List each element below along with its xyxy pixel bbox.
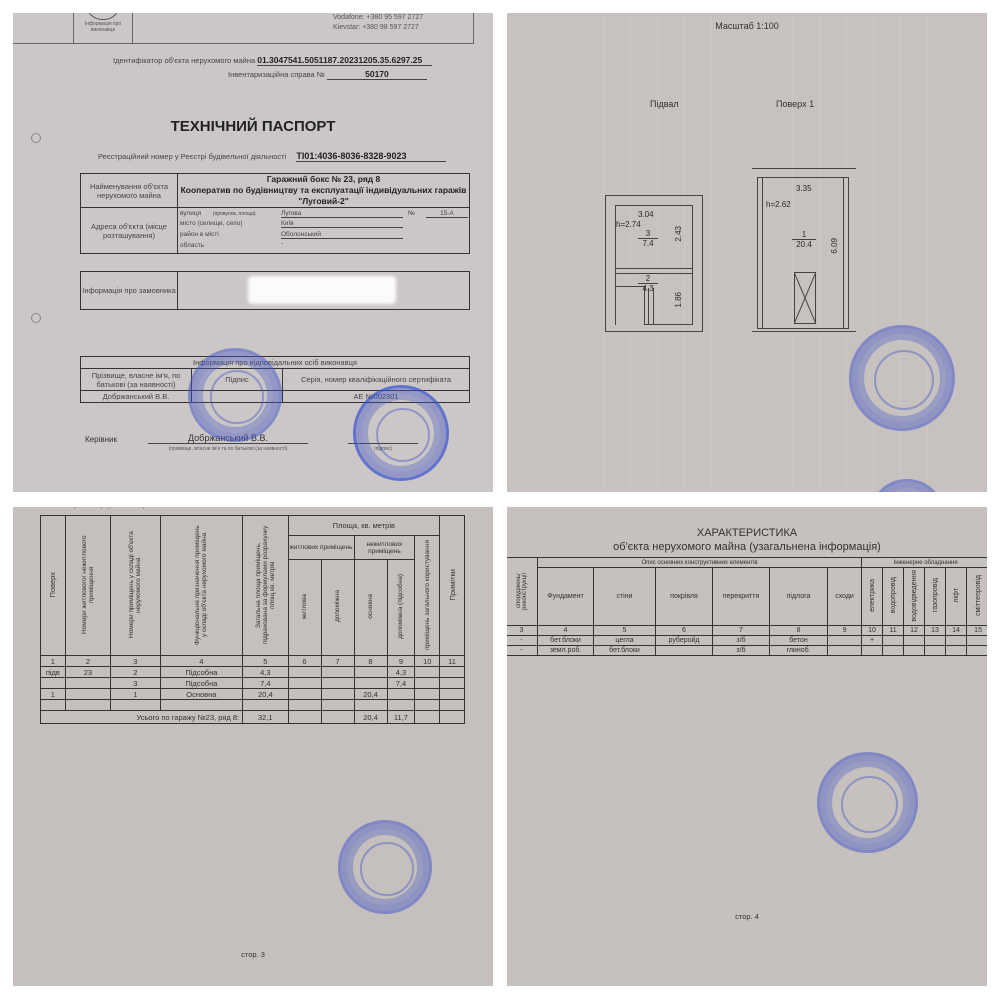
room3-label: 3 7.4 [638,229,658,248]
table-cell [967,636,987,646]
table-cell [904,646,925,656]
basement-width: 3.04 [638,210,654,219]
table-cell [41,678,66,689]
total-row: Усього по гаражу №23, ряд 8: 32,1 20,4 1… [41,711,465,724]
table-cell [440,700,465,711]
floor1-top-line [752,168,856,169]
basement-stairs [648,288,654,324]
phones: Vodafone: +380 95 597 2727 Kievstar: +38… [333,13,423,33]
table-cell [440,689,465,700]
table-cell: 7,4 [387,678,415,689]
floor1-width: 3.35 [796,184,812,193]
stamp-icon [353,385,449,481]
table-cell [387,689,415,700]
header-nonres-aux: допоміжна (підсобна) [387,560,415,656]
object-name-line1: Гаражний бокс № 23, ряд 8 [178,174,469,185]
object-info-table: Найменування об'єкта нерухомого майна Га… [80,173,470,254]
logo-icon [86,13,120,20]
basement-plan: 3.04 h=2.74 3 7.4 2.43 2 4.3 1.86 [605,195,703,332]
col-number: 9 [828,626,862,636]
table-row: підв232Підсобна4,34,3 [41,667,465,678]
table-cell [862,646,883,656]
col-number: 4 [160,656,243,667]
table-cell: 4,3 [387,667,415,678]
header-floor: підлога [770,568,828,626]
object-name-value: Гаражний бокс № 23, ряд 8 Кооператив по … [178,174,470,208]
table-cell [321,689,354,700]
header-structural-group: Опис основних конструктивних елементів [538,558,862,568]
region-label: область [180,242,204,249]
table-cell [354,667,387,678]
room3-area: 7.4 [638,239,658,248]
total-value [440,711,465,724]
column-numbers-row: 1 2 3 4 5 6 7 8 9 10 11 [41,656,465,667]
table-cell [415,678,440,689]
phone-operator: Vodafone: [333,14,365,21]
table-cell [415,667,440,678]
col-number: 8 [354,656,387,667]
table-row: -бет.блокицегларуберойдз/ббетон+ [507,636,987,646]
room3-length: 2.43 [674,226,683,242]
col-number: 11 [883,626,904,636]
header-water: водопровід [883,568,904,626]
table-cell [440,678,465,689]
table-cell [321,700,354,711]
table-cell [288,700,321,711]
floor1-label: Поверх 1 [776,99,814,109]
header-garbage-text: сміттепровід [975,575,982,616]
header-first-col-text: споруджень/реконструкції [516,561,528,621]
table-cell: руберойд [656,636,713,646]
header-res-aux: допоміжна [321,560,354,656]
col-number: 3 [507,626,538,636]
punch-hole-icon [31,313,41,323]
col-number: 8 [770,626,828,636]
header-water-text: водопровід [890,577,897,613]
col-number: 6 [288,656,321,667]
room2-length: 1.86 [674,292,683,308]
col-number: 3 [111,656,161,667]
address-label: Адреса об'єкта (місце розташування) [81,208,178,254]
page-floor-plan: Масштаб 1:100 Підвал Поверх 1 3.04 h=2.7… [507,13,987,492]
total-value [288,711,321,724]
col-number: 1 [41,656,66,667]
table-row: 11Основна20,420,4 [41,689,465,700]
header-purpose-text: Функціональне призначення приміщень у ск… [194,525,208,645]
table-row: 3Підсобна7,47,4 [41,678,465,689]
table-cell: з/б [713,646,770,656]
table-cell: бетон [770,636,828,646]
header-nonres-aux-text: допоміжна (підсобна) [397,574,404,639]
room1-length: 6.09 [830,238,839,254]
logo-caption: Інформація про виконавця [74,21,132,33]
total-value [415,711,440,724]
inventory-label: Інвентаризаційна справа № [228,70,325,79]
col-number: 7 [713,626,770,636]
col-number: 13 [925,626,946,636]
header-ceilings: перекриття [713,568,770,626]
table-cell [354,678,387,689]
table-cell [321,678,354,689]
district-value: Оболонський [281,231,403,239]
col-number: 2 [65,656,110,667]
header-common-text: приміщень загального користування [424,540,431,650]
phone-operator: Kievstar: [333,24,360,31]
table-cell [828,636,862,646]
table-cell: 2 [111,667,161,678]
executor-certificate-header: Серія, номер кваліфікаційного сертифікат… [283,369,470,391]
table-cell [160,700,243,711]
table-cell [656,646,713,656]
phone-number: +380 95 597 2727 [366,14,423,21]
header-gas: газопровід [925,568,946,626]
table-cell [925,636,946,646]
col-number: 6 [656,626,713,636]
table-cell: 20,4 [243,689,288,700]
characteristics-title: ХАРАКТЕРИСТИКА [507,527,987,539]
table-cell: 1 [41,689,66,700]
room1-area: 20.4 [792,240,816,249]
redacted-block [248,276,396,304]
floor1-wall-left [758,178,763,328]
header-sewage-text: водовідведення [911,570,918,622]
table-cell [946,646,967,656]
stamp-icon [817,752,918,853]
page-number: стор. 3 [13,950,493,959]
identifier-row: Ідентифікатор об'єкта нерухомого майна 0… [113,55,432,65]
scale-label: Масштаб 1:100 [507,21,987,31]
header-floor: Поверх [41,516,66,656]
header-lift-text: ліфт [953,588,960,602]
head-label: Керівник [85,435,117,444]
table-cell [288,689,321,700]
header-electricity-text: електрика [869,579,876,612]
table-cell [883,646,904,656]
header-stairs: сходи [828,568,862,626]
customer-label: Інформація про замовника [81,272,178,310]
city-label: місто (селище, село) [180,220,243,227]
room2-area: 4.3 [638,284,658,293]
header-res-living-text: житлова [301,594,308,619]
table-row: -земл.роб.бет.блокиз/бглиноб. [507,646,987,656]
inventory-value: 50170 [327,69,427,80]
registry-label: Реєстраційний номер у Реєстрі будівельно… [98,152,286,161]
table-cell [65,678,110,689]
table-cell: Підсобна [160,678,243,689]
header-notes-text: Примітки [448,569,457,600]
street-value: Лугова [281,210,403,218]
table-cell [967,646,987,656]
object-name-line2: Кооператив по будівництву та експлуатаці… [178,185,469,207]
table-cell: 20,4 [354,689,387,700]
stamp-icon [188,348,282,442]
floor1-plan: 3.35 h=2.62 1 20.4 6.09 [757,177,849,329]
page-number: стор. 4 [507,912,987,921]
table-cell [946,636,967,646]
customer-value [178,272,470,310]
rooms-table: Поверх Номери житлового/ нежитлового при… [40,515,465,724]
header-common: приміщень загального користування [415,536,440,656]
table-cell [387,700,415,711]
top-note: Літера або порядковий номер за планом [63,507,176,509]
header-electricity: електрика [862,568,883,626]
header-residential: житлових приміщень [288,536,354,560]
header-area-group: Площа, кв. метрів [288,516,440,536]
customer-table: Інформація про замовника [80,271,470,310]
registry-row: Реєстраційний номер у Реєстрі будівельно… [98,151,446,162]
header-res-aux-text: допоміжна [334,590,341,622]
header-nonresidential: нежитлових приміщень [354,536,415,560]
punch-hole-icon [31,133,41,143]
col-number: 5 [243,656,288,667]
identifier-label: Ідентифікатор об'єкта нерухомого майна [113,56,255,65]
header-total-area-text: Загальна площа приміщень, підрахована за… [255,525,276,645]
page-characteristics: ХАРАКТЕРИСТИКА об'єкта нерухомого майна … [507,507,987,986]
header-apt-no: Номери житлового/ нежитлового приміщення [65,516,110,656]
head-caption: (прізвище, власне ім'я та по батькові (з… [148,446,308,452]
header-room-no-text: Номери приміщень у складі об'єкта нерухо… [128,530,142,640]
header-total-area: Загальна площа приміщень, підрахована за… [243,516,288,656]
page-technical-passport: Інформація про виконавця Vodafone: +380 … [13,13,493,492]
col-number: 10 [415,656,440,667]
table-cell [904,636,925,646]
document-title: ТЕХНІЧНИЙ ПАСПОРТ [13,118,493,135]
table-cell [65,700,110,711]
table-cell [925,646,946,656]
col-number: 5 [594,626,656,636]
col-number: 7 [321,656,354,667]
col-number: 10 [862,626,883,636]
identifier-value: 01.3047541.5051187.20231205.35.6297.25 [257,55,432,66]
street-label: вулиця [180,210,201,217]
table-cell [41,700,66,711]
inventory-row: Інвентаризаційна справа № 50170 [228,69,427,80]
number-label: № [408,210,415,217]
executors-header: Інформація про відповідальних осіб викон… [81,357,470,369]
table-cell [288,667,321,678]
table-cell: підв [41,667,66,678]
table-cell: з/б [713,636,770,646]
logo-box: Інформація про виконавця [73,13,133,43]
table-cell: 7,4 [243,678,288,689]
table-cell [415,689,440,700]
table-cell: бет.блоки [538,636,594,646]
table-cell: 23 [65,667,110,678]
header-first-col: споруджень/реконструкції [507,558,538,626]
room2-label: 2 4.3 [638,274,658,293]
header-engineering-group: Інженерне обладнання [862,558,987,568]
table-cell [243,700,288,711]
header-room-no: Номери приміщень у складі об'єкта нерухо… [111,516,161,656]
table-cell [354,700,387,711]
table-cell [321,667,354,678]
header-nonres-main-text: основна [367,594,374,619]
header-purpose: Функціональне призначення приміщень у ск… [160,516,243,656]
table-cell: бет.блоки [594,646,656,656]
table-cell [288,678,321,689]
region-value: - [281,240,283,247]
characteristics-table: споруджень/реконструкції Опис основних к… [507,557,987,656]
table-cell: 3 [111,678,161,689]
executor-name: Добржанський В.В. [81,391,192,403]
table-cell: - [507,646,538,656]
col-number: 12 [904,626,925,636]
pit-icon [794,272,816,324]
table-cell [828,646,862,656]
header-lift: ліфт [946,568,967,626]
total-value: 20,4 [354,711,387,724]
street-hint: (провулок, площа) [213,211,256,217]
table-cell: + [862,636,883,646]
header-foundation: Фундамент [538,568,594,626]
header-floor-text: Поверх [48,572,57,597]
table-cell [883,636,904,646]
col-number: 9 [387,656,415,667]
header-res-living: житлова [288,560,321,656]
object-name-label: Найменування об'єкта нерухомого майна [81,174,178,208]
room3-number: 3 [638,229,658,239]
district-label: район в місті [180,231,219,238]
column-numbers-row: 3 4 5 6 7 8 9 10 11 12 13 14 15 [507,626,987,636]
table-cell: 4,3 [243,667,288,678]
page-rooms-table: Літера або порядковий номер за планом По… [13,507,493,986]
address-value: вулиця (провулок, площа) Лугова № 15-А м… [178,208,470,254]
table-row [41,700,465,711]
col-number: 15 [967,626,987,636]
total-value: 11,7 [387,711,415,724]
room1-number: 1 [792,230,816,240]
col-number: 14 [946,626,967,636]
table-cell: земл.роб. [538,646,594,656]
basement-height: h=2.74 [616,220,641,229]
total-value [321,711,354,724]
stamp-icon [338,820,432,914]
characteristics-subtitle: об'єкта нерухомого майна (узагальнена ін… [507,541,987,553]
basement-label: Підвал [650,99,679,109]
col-number: 11 [440,656,465,667]
table-cell [111,700,161,711]
table-cell [440,667,465,678]
registry-value: ТІ01:4036-8036-8328-9023 [296,151,446,162]
header-apt-no-text: Номери житлового/ нежитлового приміщення [81,530,95,640]
table-cell [65,689,110,700]
table-cell: цегла [594,636,656,646]
header-roofing: покрівля [656,568,713,626]
table-cell: - [507,636,538,646]
floor1-wall-right [843,178,848,328]
number-value: 15-А [426,210,468,218]
header-sewage: водовідведення [904,568,925,626]
table-cell [415,700,440,711]
table-cell: 1 [111,689,161,700]
room2-number: 2 [638,274,658,284]
room1-label: 1 20.4 [792,230,816,249]
floor1-bottom-line [752,331,856,332]
header-nonres-main: основна [354,560,387,656]
floor1-height: h=2.62 [766,200,791,209]
executor-name-header: Прізвище, власне ім'я, по батькові (за н… [81,369,192,391]
stamp-icon [849,325,955,431]
table-cell: Основна [160,689,243,700]
table-cell: Підсобна [160,667,243,678]
header-notes: Примітки [440,516,465,656]
total-value: 32,1 [243,711,288,724]
header-gas-text: газопровід [932,578,939,612]
header-walls: стіни [594,568,656,626]
header-garbage: сміттепровід [967,568,987,626]
table-cell: глиноб. [770,646,828,656]
phone-number: +380 98 597 2727 [362,24,419,31]
col-number: 4 [538,626,594,636]
total-label: Усього по гаражу №23, ряд 8: [41,711,243,724]
city-value: Київ [281,220,403,228]
